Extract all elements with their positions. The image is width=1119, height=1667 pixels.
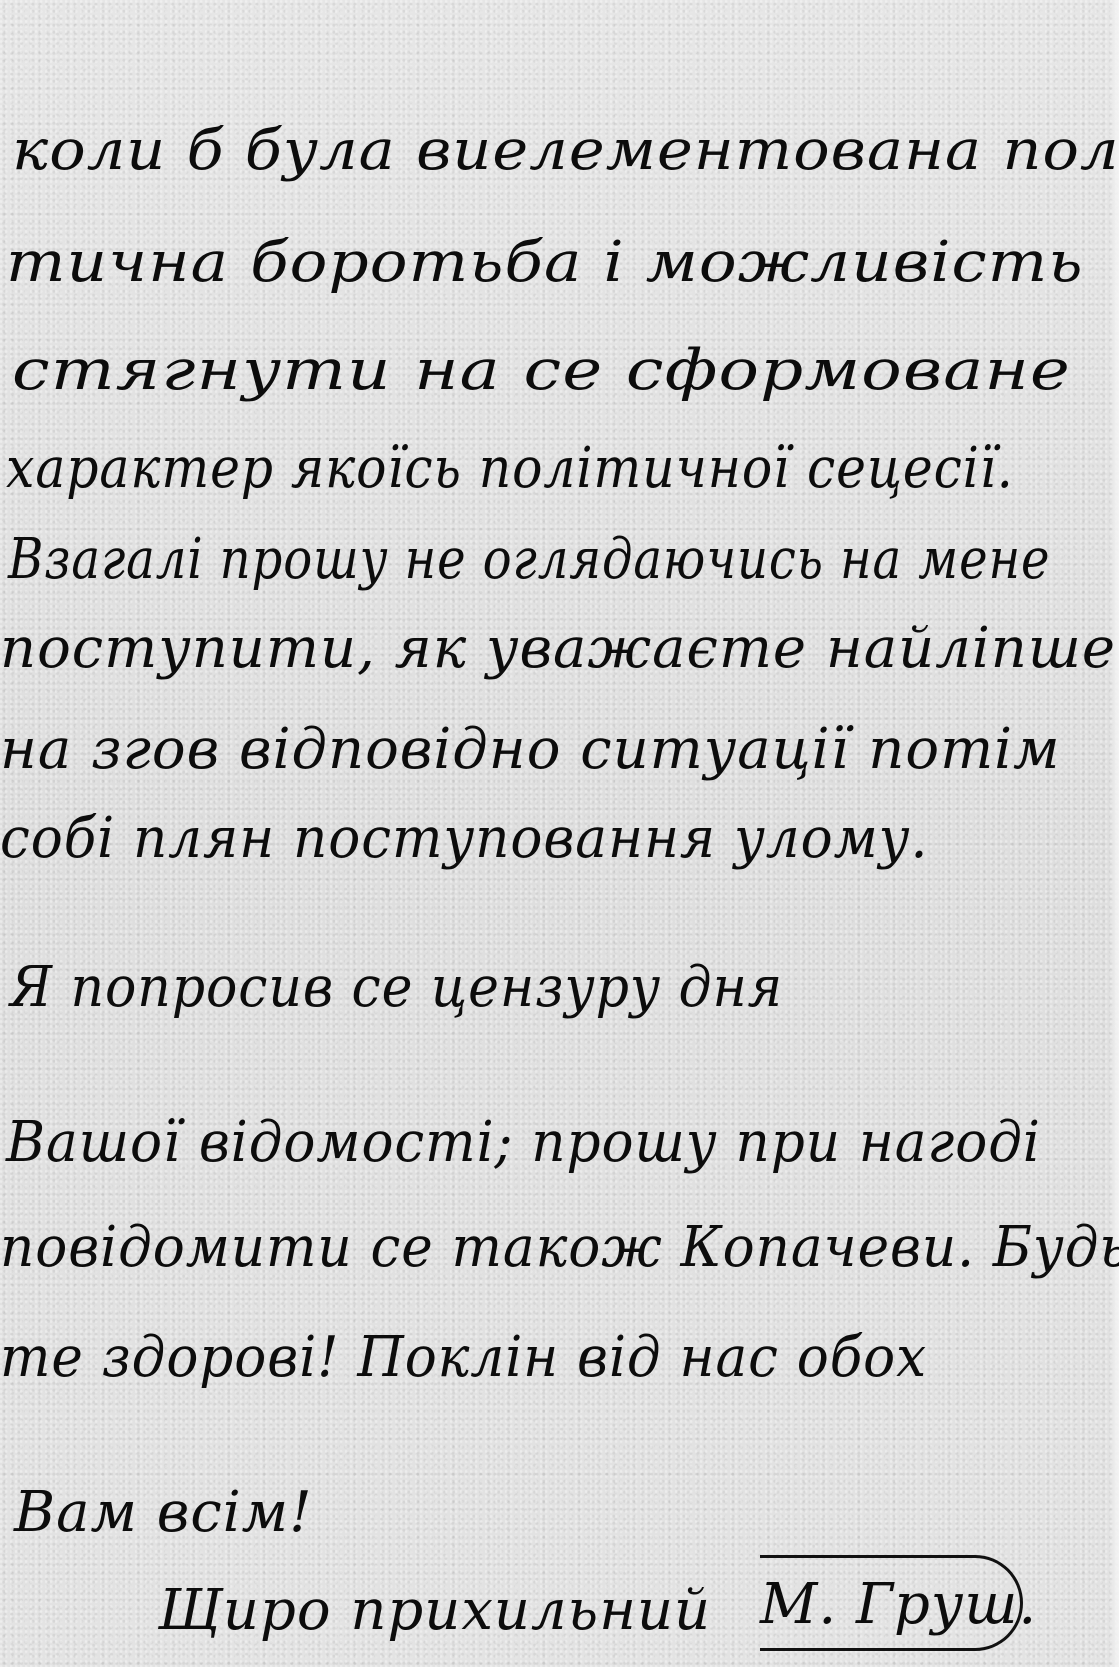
closing-salutation: Щиро прихильний <box>158 1578 711 1643</box>
letter-line-10: Вашої відомості; прошу при нагоді <box>6 1110 1041 1175</box>
letter-line-12: те здорові! Поклін від нас обох <box>0 1325 927 1390</box>
letter-page: коли б була виелементована полі- тична б… <box>0 0 1119 1667</box>
letter-line-9: Я попросив се цензуру дня <box>10 955 783 1020</box>
letter-line-3: стягнути на се сформоване <box>12 338 1071 403</box>
letter-line-5: Взагалі прошу не оглядаючись на мене <box>8 527 1050 592</box>
letter-line-7: на згов відповідно ситуації потім <box>0 717 1061 782</box>
letter-line-6: поступити, як уважаєте найліпше <box>0 616 1116 681</box>
letter-line-4: характер якоїсь політичної сецесії. <box>6 436 1014 501</box>
letter-line-2: тична боротьба і можливість <box>6 230 1084 295</box>
letter-line-11: повідомити се також Копачеви. Будь- <box>0 1215 1119 1280</box>
page-edge <box>1109 0 1119 1667</box>
signature-flourish <box>760 1555 1023 1651</box>
letter-line-13: Вам всім! <box>14 1480 313 1545</box>
letter-line-1: коли б була виелементована полі- <box>12 118 1119 183</box>
letter-line-8: собі плян поступовання улому. <box>0 806 928 871</box>
